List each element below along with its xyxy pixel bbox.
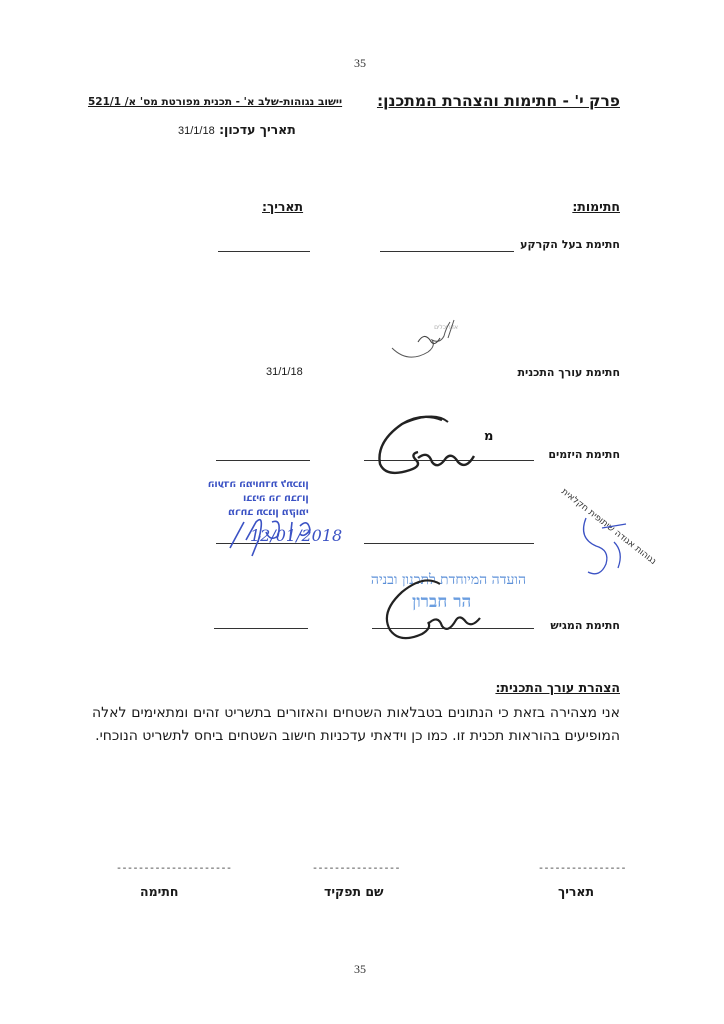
footer-signature-dashes: --------------------- (116, 864, 232, 875)
mirrored-stamp-signature-icon (200, 478, 340, 558)
page-number-bottom: 35 (354, 962, 366, 977)
extra-signature-line (364, 543, 534, 544)
plan-subtitle: יישוב נגוהות-שלב א' - תכנית מפורטת מס' א… (88, 96, 342, 108)
initiators-signature: מ (362, 412, 512, 480)
svg-text:מ: מ (484, 429, 493, 444)
landowner-signature-line (380, 251, 514, 252)
planner-signature-date: 31/1/18 (266, 366, 303, 378)
submitter-signature-scribble-icon (330, 568, 540, 644)
mirrored-stamp: הועדה המיוחדת לתכנון ובניה הר חברון מרחב… (200, 478, 340, 558)
update-date-label: תאריך עדכון: (219, 122, 296, 137)
declaration-text: אני מצהירה בזאת כי הנתונים בטבלאות השטחי… (92, 702, 620, 748)
mirrored-stamp-date: 12/01/2018 (250, 526, 342, 545)
declaration-heading: הצהרת עורך התכנית: (495, 680, 620, 695)
chapter-title: פרק י' - חתימות והצהרת המתכנן: (377, 92, 620, 110)
footer-role-label: שם תפקיד (324, 884, 384, 899)
planner-stamp: אדריכלים (388, 318, 468, 362)
landowner-signature-label: חתימת בעל הקרקע (520, 238, 620, 251)
footer-signature-label: חתימה (140, 884, 178, 899)
planner-signature-label: חתימת עורך התכנית (517, 366, 620, 379)
footer-role-dashes: ---------------- (312, 864, 400, 875)
update-date-value: 31/1/18 (178, 125, 215, 137)
update-date: תאריך עדכון: 31/1/18 (178, 122, 296, 137)
submitter-date-line (214, 628, 308, 629)
regional-stamp: נגוהות אגודה שיתופית חקלאית (556, 498, 666, 588)
footer-date-dashes: ---------------- (538, 864, 626, 875)
initiators-date-line (216, 460, 310, 461)
landowner-date-line (218, 251, 310, 252)
planner-signature-scribble-icon (388, 318, 468, 362)
signatures-heading: חתימות: (572, 199, 620, 214)
submitter-signature-label: חתימת המגיש (550, 619, 620, 632)
committee-stamp: הועדה המיוחדת לתכנון ובניה הר חברון (330, 568, 540, 644)
regional-stamp-signature-icon (556, 498, 666, 588)
footer-date-label: תאריך (558, 884, 594, 899)
page-number-top: 35 (354, 56, 366, 71)
initiators-signature-scribble-icon: מ (362, 412, 512, 480)
initiators-signature-label: חתימת היזמים (548, 448, 620, 461)
date-heading: תאריך: (262, 199, 303, 214)
